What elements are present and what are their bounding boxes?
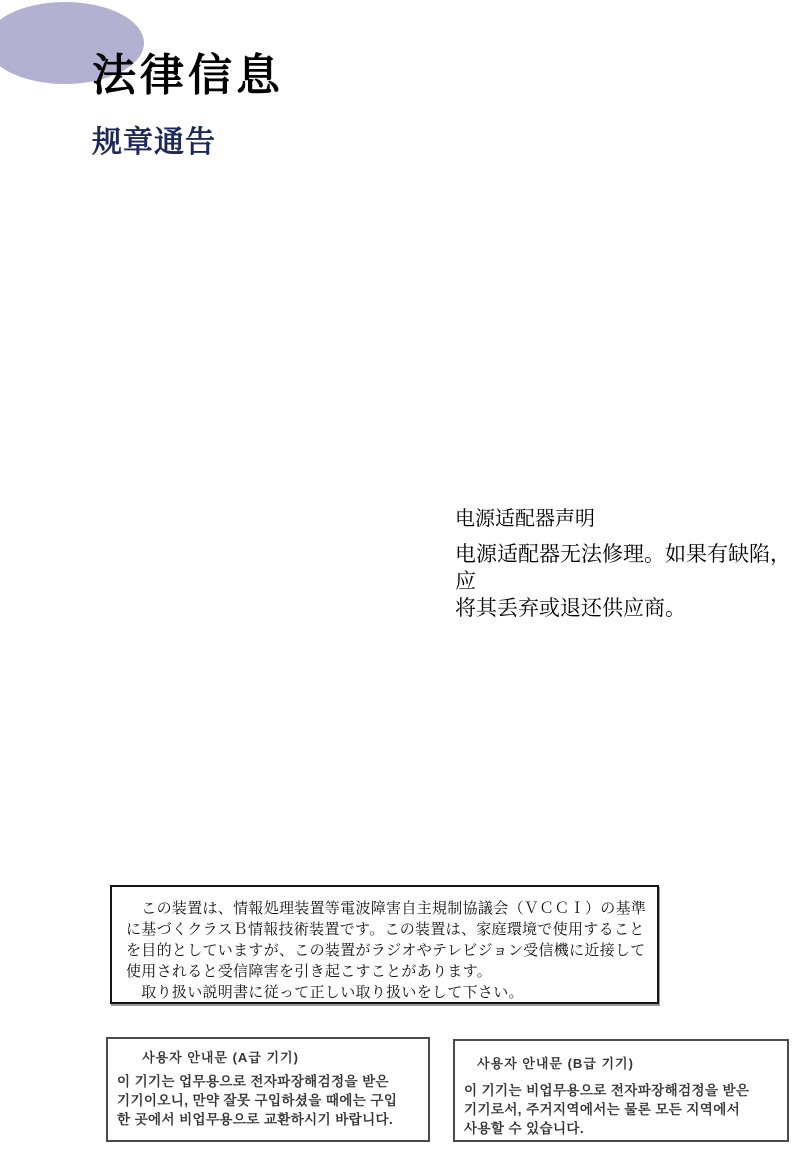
korean-notice-class-b-box: 사용자 안내문 (B급 기기) 이 기기는 비업무용으로 전자파장해검정을 받은…	[453, 1039, 789, 1142]
page-title: 法律信息	[92, 51, 284, 101]
power-adapter-statement-body: 电源适配器无法修理。如果有缺陷，应 将其丢弃或退还供应商。	[455, 541, 795, 622]
manual-page: { "page": { "title": "法律信息", "subtitle":…	[0, 0, 803, 1150]
vcci-notice-box: この装置は、情報処理装置等電波障害自主規制協議会（ＶＣＣＩ）の基準 に基づくクラ…	[110, 885, 659, 1004]
korean-notice-class-a-box: 사용자 안내문 (A급 기기) 이 기기는 업무용으로 전자파장해검정을 받은 …	[106, 1037, 430, 1142]
vcci-notice-text: この装置は、情報処理装置等電波障害自主規制協議会（ＶＣＣＩ）の基準 に基づくクラ…	[126, 898, 646, 1003]
korean-notice-class-a-title: 사용자 안내문 (A급 기기)	[142, 1047, 299, 1066]
korean-notice-class-b-body: 이 기기는 비업무용으로 전자파장해검정을 받은 기기로서, 주거지역에서는 물…	[464, 1081, 749, 1138]
korean-notice-class-b-title: 사용자 안내문 (B급 기기)	[477, 1053, 634, 1072]
page-subtitle: 规章通告	[92, 125, 216, 161]
power-adapter-statement-heading: 电源适配器声明	[455, 507, 595, 532]
korean-notice-class-a-body: 이 기기는 업무용으로 전자파장해검정을 받은 기기이오니, 만약 잘못 구입하…	[117, 1072, 397, 1129]
